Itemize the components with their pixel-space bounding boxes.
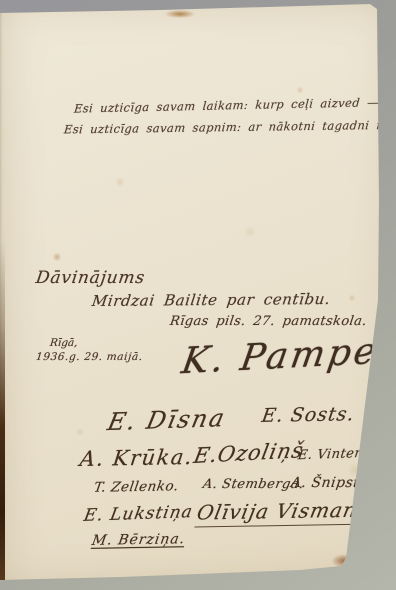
dateline-date: 1936.g. 29. maijā. — [35, 351, 143, 363]
photo-background: Esi uzticīga savam laikam: kurp ceļi aiz… — [0, 0, 396, 590]
dateline-place: Rīgā, — [49, 337, 78, 349]
signature-vinters: E. Vinters — [297, 446, 369, 464]
signature-berzina: M. Bērziņa. — [91, 531, 187, 549]
signature-disna: E. Dīsna — [105, 404, 229, 436]
signature-snipsts: A. Šnipsts. — [290, 475, 373, 491]
motto-line-1: Esi uzticīga savam laikam: kurp ceļi aiz… — [73, 94, 396, 115]
signature-vismane: Olīvija Vismane — [194, 497, 372, 527]
signature-k-pampe: K. Pampe — [179, 331, 382, 383]
motto-line-2: Esi uzticīga savam sapnim: ar nākotni ta… — [63, 118, 396, 137]
signature-zellenko: T. Zellenko. — [93, 478, 180, 496]
signature-lukstina: E. Lukstiņa — [82, 502, 194, 526]
book-binding-edge — [0, 240, 5, 580]
signature-sosts: E. Sosts. — [260, 403, 356, 427]
dedication-recipient: Mirdzai Bailite par centību. — [91, 290, 332, 310]
signature-ozolins: E.Ozoliņš — [192, 438, 306, 468]
signature-kruka: A. Krūka. — [79, 445, 195, 471]
dedication-title: Dāvinājums — [35, 268, 147, 288]
book-page: Esi uzticīga savam laikam: kurp ceļi aiz… — [0, 0, 396, 590]
dedication-school: Rīgas pils. 27. pamatskola. — [169, 314, 368, 329]
